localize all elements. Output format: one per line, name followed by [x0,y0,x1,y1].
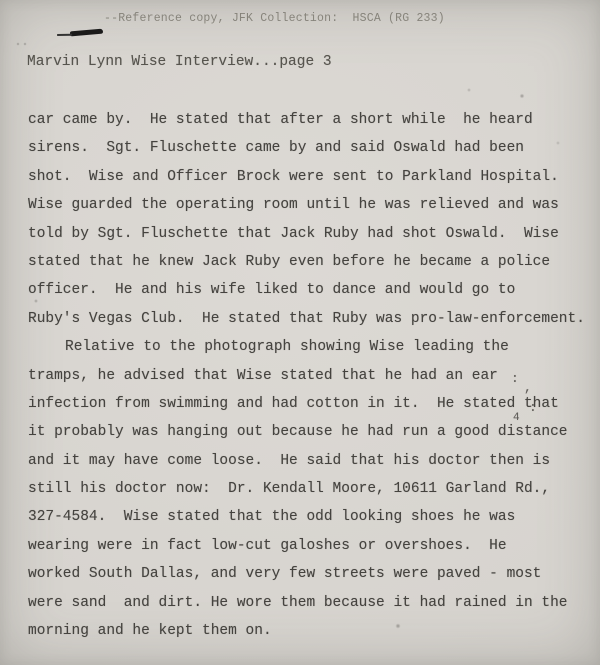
document-body: car came by. He stated that after a shor… [28,106,594,645]
stray-typewriter-mark: : [529,401,537,414]
text-line: shot. Wise and Officer Brock were sent t… [28,163,594,191]
stray-typewriter-mark: : [511,372,519,385]
text-line: car came by. He stated that after a shor… [28,106,594,134]
archive-reference-stamp: --Reference copy, JFK Collection: HSCA (… [104,12,445,26]
text-line: wearing were in fact low-cut galoshes or… [28,532,594,560]
text-line: still his doctor now: Dr. Kendall Moore,… [28,475,594,503]
text-line: and it may have come loose. He said that… [28,447,594,475]
paragraph: car came by. He stated that after a shor… [28,106,594,333]
text-line: it probably was hanging out because he h… [28,418,594,446]
text-line: worked South Dallas, and very few street… [28,560,594,588]
stray-typewriter-mark: , [524,381,532,394]
text-line: told by Sgt. Fluschette that Jack Ruby h… [28,220,594,248]
stray-typewriter-mark: 4 [513,412,520,425]
pen-mark-icon [70,29,103,37]
text-line: Wise guarded the operating room until he… [28,191,594,219]
paragraph: Relative to the photograph showing Wise … [28,333,594,645]
text-line: sirens. Sgt. Fluschette came by and said… [28,134,594,162]
text-line: infection from swimming and had cotton i… [28,390,594,418]
page-title: Marvin Lynn Wise Interview...page 3 [27,54,332,70]
text-line: stated that he knew Jack Ruby even befor… [28,248,594,276]
text-line: were sand and dirt. He wore them because… [28,589,594,617]
text-line: morning and he kept them on. [28,617,594,645]
document-page: --Reference copy, JFK Collection: HSCA (… [0,0,600,665]
text-line: 327-4584. Wise stated that the odd looki… [28,503,594,531]
text-line: tramps, he advised that Wise stated that… [28,362,594,390]
text-line: Relative to the photograph showing Wise … [28,333,594,361]
text-line: Ruby's Vegas Club. He stated that Ruby w… [28,305,594,333]
text-line: officer. He and his wife liked to dance … [28,276,594,304]
